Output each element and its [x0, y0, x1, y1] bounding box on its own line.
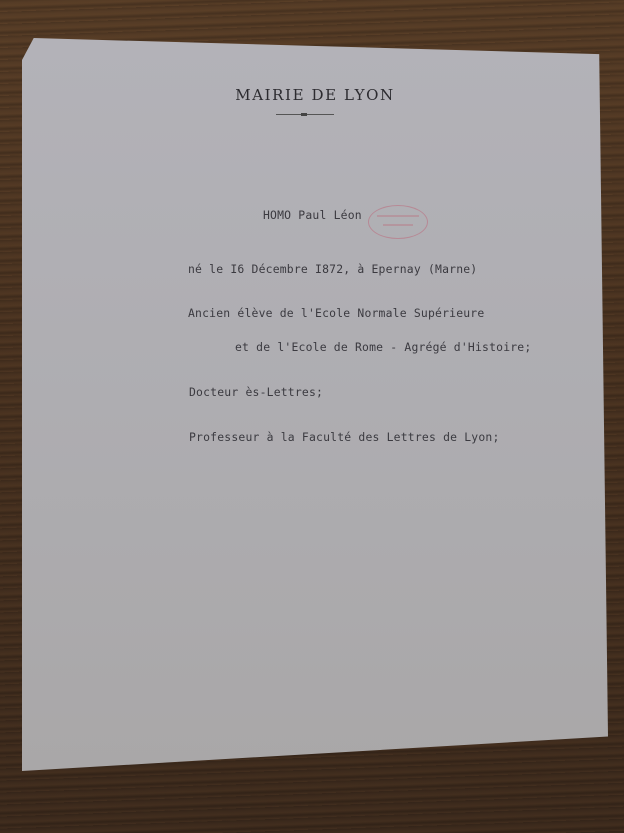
name-line: HOMO Paul Léon [263, 208, 362, 222]
education-line-2: et de l'Ecole de Rome - Agrégé d'Histoir… [235, 340, 531, 354]
position-line: Professeur à la Faculté des Lettres de L… [189, 430, 500, 444]
degree-line: Docteur ès-Lettres; [189, 385, 323, 399]
letterhead-title: MAIRIE DE LYON [22, 86, 608, 104]
ornamental-rule [276, 114, 334, 115]
education-line-1: Ancien élève de l'Ecole Normale Supérieu… [188, 306, 484, 320]
birth-line: né le I6 Décembre I872, à Epernay (Marne… [188, 262, 477, 276]
archive-stamp-icon [368, 205, 428, 239]
document-page: MAIRIE DE LYON HOMO Paul Léon né le I6 D… [22, 38, 608, 771]
